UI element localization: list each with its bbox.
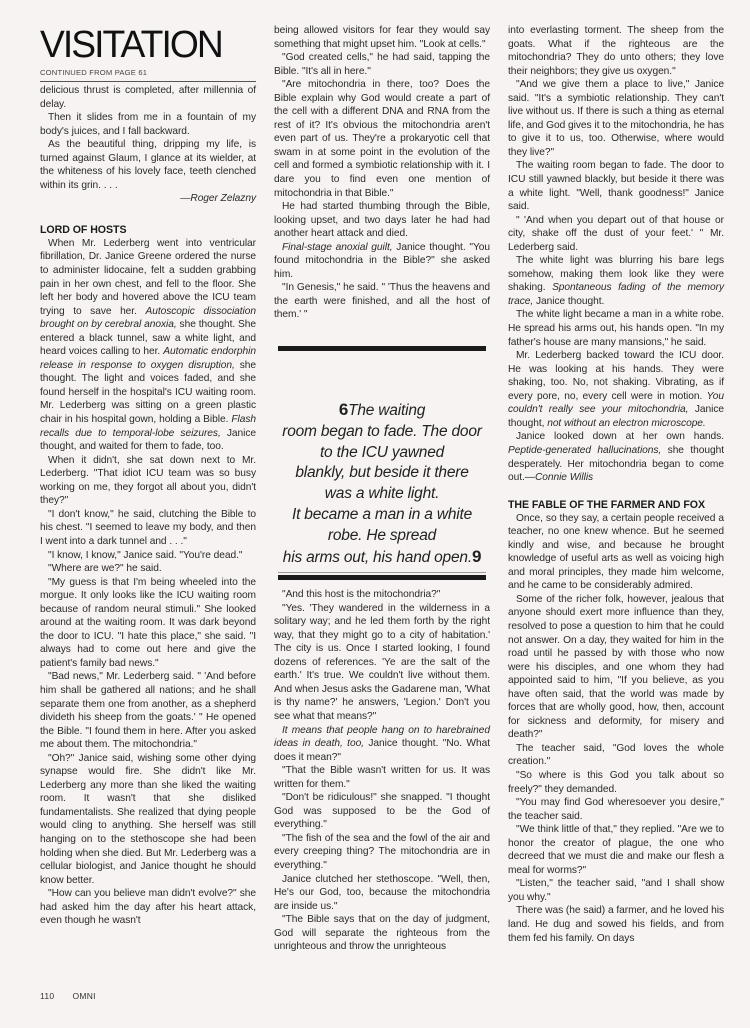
byline-willis: Connie Willis: [535, 472, 593, 483]
paragraph: Some of the richer folk, however, jealou…: [508, 593, 724, 742]
paragraph: It means that people hang on to harebrai…: [274, 724, 490, 765]
paragraph: "God created cells," he had said, tappin…: [274, 51, 490, 78]
pull-quote-line: It became a man in a white: [274, 505, 490, 526]
pull-quote-line: blankly, but beside it there: [274, 463, 490, 484]
paragraph: into everlasting torment. The sheep from…: [508, 24, 724, 78]
text: Janice thought.: [533, 296, 604, 307]
italic-text: Peptide-generated hallucinations,: [508, 445, 661, 456]
paragraph: "So where is this God you talk about so …: [508, 769, 724, 796]
paragraph: The white light was blurring his bare le…: [508, 254, 724, 308]
text: Janice looked down at her own hands.: [516, 431, 724, 442]
pull-quote-line: robe. He spread: [274, 526, 490, 547]
paragraph: "In Genesis," he said. " 'Thus the heave…: [274, 281, 490, 322]
pull-quote-line: 6The waiting: [274, 400, 490, 422]
close-quote-icon: 9: [472, 547, 481, 566]
paragraph: "My guess is that I'm being wheeled into…: [40, 576, 256, 671]
paragraph: There was (he said) a farmer, and he lov…: [508, 904, 724, 945]
paragraph: "Yes. 'They wandered in the wilderness i…: [274, 602, 490, 724]
paragraph: "The fish of the sea and the fowl of the…: [274, 832, 490, 873]
paragraph: "Bad news," Mr. Lederberg said. " 'And b…: [40, 670, 256, 751]
paragraph: "How can you believe man didn't evolve?"…: [40, 887, 256, 928]
paragraph: "That the Bible wasn't written for us. I…: [274, 764, 490, 791]
title-divider: [40, 81, 256, 82]
paragraph: When it didn't, she sat down next to Mr.…: [40, 454, 256, 508]
pull-quote-line: to the ICU yawned: [274, 443, 490, 464]
paragraph: "And this host is the mitochondria?": [274, 588, 490, 602]
paragraph: He had started thumbing through the Bibl…: [274, 200, 490, 241]
text: his arms out, his hand open.: [283, 549, 472, 566]
paragraph: "Don't be ridiculous!" she snapped. "I t…: [274, 791, 490, 832]
paragraph: delicious thrust is completed, after mil…: [40, 84, 256, 111]
paragraph: "I don't know," he said, clutching the B…: [40, 508, 256, 549]
pull-quote-top-rule: [278, 346, 486, 351]
page-number: 110: [40, 991, 54, 1001]
column-1: VISITATION CONTINUED FROM PAGE 61 delici…: [40, 0, 256, 928]
paragraph: "You may find God wheresoever you desire…: [508, 796, 724, 823]
paragraph: As the beautiful thing, dripping my life…: [40, 138, 256, 192]
paragraph: "Are mitochondria in there, too? Does th…: [274, 78, 490, 200]
paragraph: "Oh?" Janice said, wishing some other dy…: [40, 752, 256, 887]
section-heading-lord-of-hosts: LORD OF HOSTS: [40, 224, 256, 237]
continued-from-label: CONTINUED FROM PAGE 61: [40, 68, 256, 78]
paragraph: Once, so they say, a certain people rece…: [508, 512, 724, 593]
column-3: into everlasting torment. The sheep from…: [508, 24, 724, 945]
pull-quote-bottom-rule: [278, 575, 486, 580]
text: Mr. Lederberg backed toward the ICU door…: [508, 350, 724, 402]
byline-zelazny: —Roger Zelazny: [40, 192, 256, 206]
paragraph: being allowed visitors for fear they wou…: [274, 24, 490, 51]
magazine-name: OMNI: [72, 991, 95, 1001]
open-quote-icon: 6: [339, 400, 348, 419]
paragraph: When Mr. Lederberg went into ventricular…: [40, 237, 256, 454]
paragraph: "I know, I know," Janice said. "You're d…: [40, 549, 256, 563]
paragraph: The teacher said, "God loves the whole c…: [508, 742, 724, 769]
pull-quote-line: his arms out, his hand open.9: [274, 547, 490, 569]
paragraph: " 'And when you depart out of that house…: [508, 214, 724, 255]
italic-text: not without an electron microscope.: [547, 418, 706, 429]
page-title: VISITATION: [40, 26, 252, 64]
magazine-page: VISITATION CONTINUED FROM PAGE 61 delici…: [0, 0, 750, 1028]
paragraph: "The Bible says that on the day of judgm…: [274, 913, 490, 954]
paragraph: "We think little of that," they replied.…: [508, 823, 724, 877]
paragraph: Final-stage anoxial guilt, Janice though…: [274, 241, 490, 282]
paragraph: The waiting room began to fade. The door…: [508, 159, 724, 213]
pull-quote: 6The waiting room began to fade. The doo…: [274, 346, 490, 582]
pull-quote-line: was a white light.: [274, 484, 490, 505]
paragraph: Mr. Lederberg backed toward the ICU door…: [508, 349, 724, 430]
pull-quote-thin-rule: [278, 572, 486, 573]
paragraph: "And we give them a place to live," Jani…: [508, 78, 724, 159]
paragraph: "Listen," the teacher said, "and I shall…: [508, 877, 724, 904]
paragraph: Janice looked down at her own hands. Pep…: [508, 430, 724, 484]
paragraph: Then it slides from me in a fountain of …: [40, 111, 256, 138]
paragraph: "Where are we?" he said.: [40, 562, 256, 576]
paragraph: Janice clutched her stethoscope. "Well, …: [274, 873, 490, 914]
italic-text: Final-stage anoxial guilt,: [282, 242, 393, 253]
text: The waiting: [348, 402, 425, 419]
section-heading-fable: THE FABLE OF THE FARMER AND FOX: [508, 499, 724, 512]
page-folio: 110OMNI: [40, 991, 114, 1001]
pull-quote-line: room began to fade. The door: [274, 422, 490, 443]
pull-quote-text: 6The waiting room began to fade. The doo…: [274, 400, 490, 568]
paragraph: The white light became a man in a white …: [508, 308, 724, 349]
